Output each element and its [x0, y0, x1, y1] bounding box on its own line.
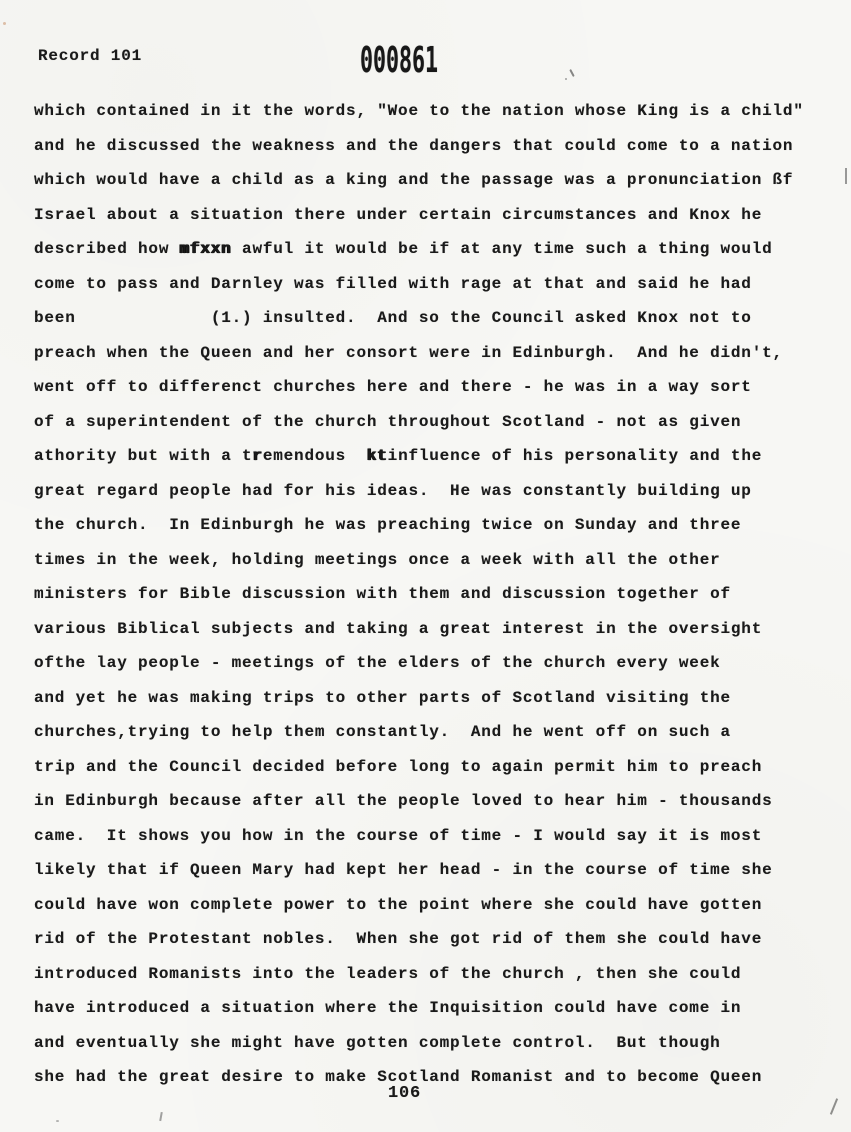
scan-artifact: [565, 78, 567, 80]
text-line: and eventually she might have gotten com…: [34, 1026, 804, 1061]
stamp-number: 000861: [360, 40, 438, 81]
text-line: Israel about a situation there under cer…: [34, 198, 804, 233]
overstruck-text: kt: [367, 447, 388, 465]
text-line: introduced Romanists into the leaders of…: [34, 957, 804, 992]
text-line: various Biblical subjects and taking a g…: [34, 612, 804, 647]
text-line: and yet he was making trips to other par…: [34, 681, 804, 716]
text-line: come to pass and Darnley was filled with…: [34, 267, 804, 302]
text-line: of a superintendent of the church throug…: [34, 405, 804, 440]
text-line: which contained in it the words, "Woe to…: [34, 94, 804, 129]
record-label: Record 101: [38, 47, 142, 65]
text-line: trip and the Council decided before long…: [34, 750, 804, 785]
body-text: which contained in it the words, "Woe to…: [34, 94, 804, 1095]
text-line: the church. In Edinburgh he was preachin…: [34, 508, 804, 543]
overstruck-text: mfxxn: [180, 240, 232, 258]
text-line: ofthe lay people - meetings of the elder…: [34, 646, 804, 681]
text-line: have introduced a situation where the In…: [34, 991, 804, 1026]
text-line: churches,trying to help them constantly.…: [34, 715, 804, 750]
text-line: in Edinburgh because after all the peopl…: [34, 784, 804, 819]
text-line: rid of the Protestant nobles. When she g…: [34, 922, 804, 957]
overstruck-text: r: [252, 447, 262, 465]
scan-artifact: [3, 22, 6, 25]
text-line: and he discussed the weakness and the da…: [34, 129, 804, 164]
text-line: came. It shows you how in the course of …: [34, 819, 804, 854]
text-line: athority but with a tremendous ktinfluen…: [34, 439, 804, 474]
scan-artifact: [830, 1098, 838, 1115]
text-line: described how mfxxn awful it would be if…: [34, 232, 804, 267]
scan-artifact: [159, 1112, 162, 1121]
scan-artifact: [56, 1120, 59, 1122]
scan-artifact: [845, 168, 847, 184]
text-line: likely that if Queen Mary had kept her h…: [34, 853, 804, 888]
text-line: been (1.) insulted. And so the Council a…: [34, 301, 804, 336]
text-line: went off to differenct churches here and…: [34, 370, 804, 405]
text-line: could have won complete power to the poi…: [34, 888, 804, 923]
text-line: ministers for Bible discussion with them…: [34, 577, 804, 612]
page-number: 106: [388, 1084, 421, 1103]
text-line: times in the week, holding meetings once…: [34, 543, 804, 578]
document-page: Record 101 000861 which contained in it …: [0, 0, 851, 1132]
text-line: which would have a child as a king and t…: [34, 163, 804, 198]
text-line: great regard people had for his ideas. H…: [34, 474, 804, 509]
scan-artifact: [569, 69, 575, 77]
text-line: preach when the Queen and her consort we…: [34, 336, 804, 371]
